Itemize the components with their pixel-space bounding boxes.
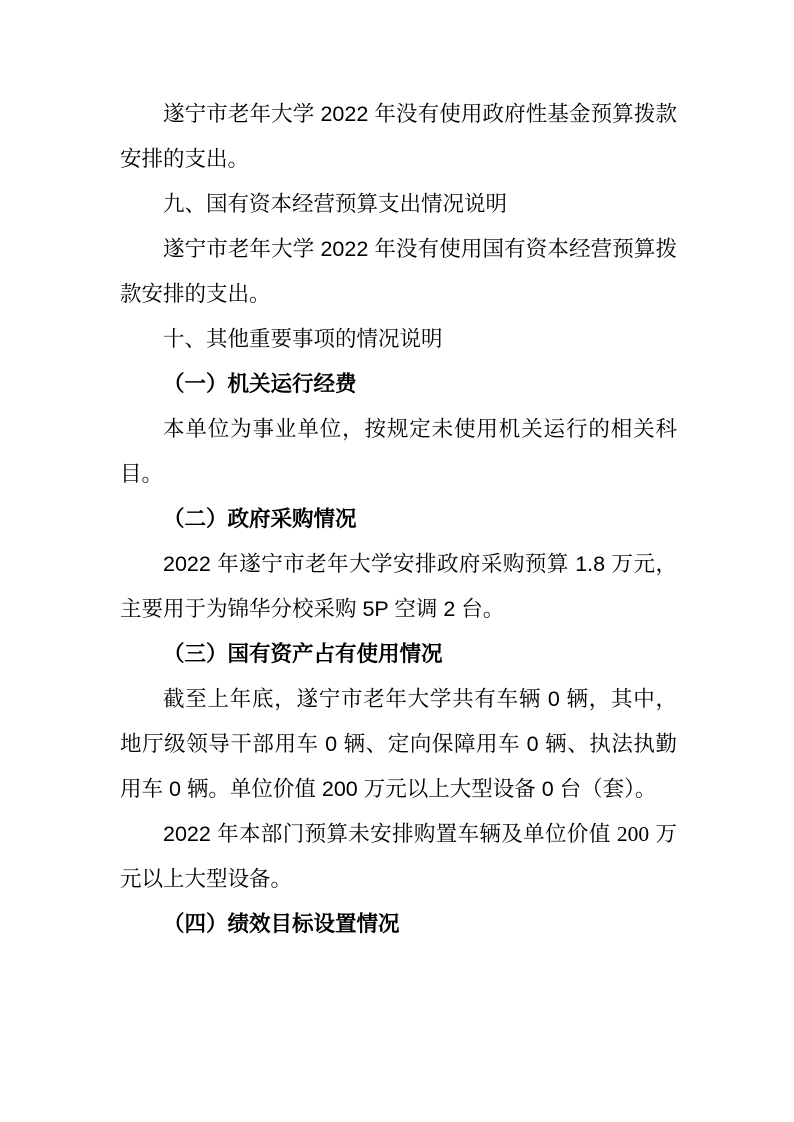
vehicle-equipment-serif-number: 200 [617, 822, 649, 846]
para-vehicle-equipment-budget: 2022 年本部门预算未安排购置车辆及单位价值 200 万元以上大型设备。 [120, 812, 677, 902]
para-state-assets-usage: 截至上年底，遂宁市老年大学共有车辆 0 辆，其中，地厅级领导干部用车 0 辆、定… [120, 677, 677, 812]
document-body: 遂宁市老年大学 2022 年没有使用政府性基金预算拨款安排的支出。 九、国有资本… [120, 92, 677, 947]
para-gov-procurement: 2022 年遂宁市老年大学安排政府采购预算 1.8 万元，主要用于为锦华分校采购… [120, 542, 677, 632]
para-gov-fund-budget: 遂宁市老年大学 2022 年没有使用政府性基金预算拨款安排的支出。 [120, 92, 677, 182]
vehicle-equipment-text-pre: 2022 年本部门预算未安排购置车辆及单位价值 [163, 822, 617, 846]
heading-section-nine: 九、国有资本经营预算支出情况说明 [120, 182, 677, 227]
document-page: 遂宁市老年大学 2022 年没有使用政府性基金预算拨款安排的支出。 九、国有资本… [0, 0, 794, 1122]
para-org-operating-expenses: 本单位为事业单位，按规定未使用机关运行的相关科目。 [120, 407, 677, 497]
para-state-capital-budget: 遂宁市老年大学 2022 年没有使用国有资本经营预算拨款安排的支出。 [120, 227, 677, 317]
heading-section-ten: 十、其他重要事项的情况说明 [120, 317, 677, 362]
heading-state-assets-usage: （三）国有资产占有使用情况 [120, 632, 677, 677]
heading-gov-procurement: （二）政府采购情况 [120, 497, 677, 542]
heading-org-operating-expenses: （一）机关运行经费 [120, 362, 677, 407]
heading-performance-targets: （四）绩效目标设置情况 [120, 902, 677, 947]
